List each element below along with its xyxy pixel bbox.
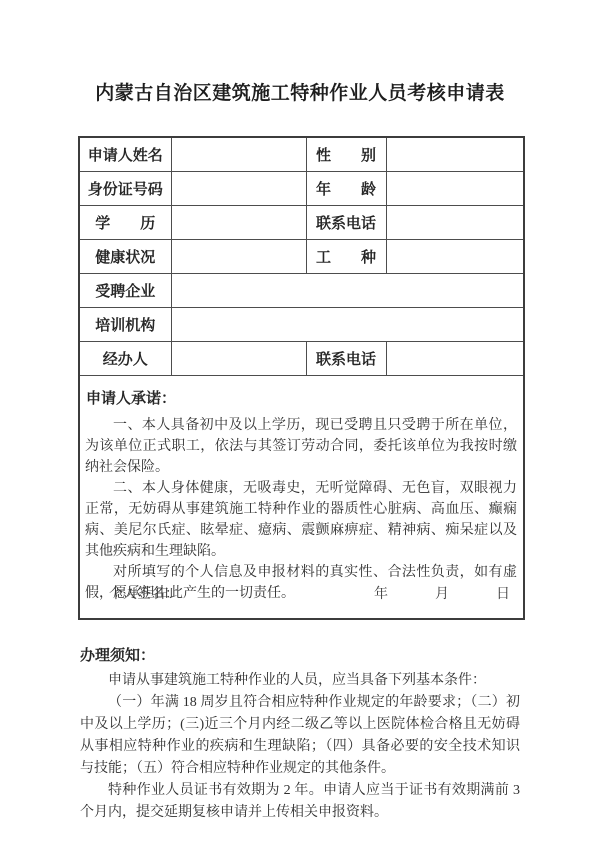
handler-phone-value-cell: [386, 342, 524, 376]
id-number-label: 身份证号码: [79, 172, 171, 206]
table-row-employer: 受聘企业: [79, 274, 524, 308]
date-day-label: 日: [496, 583, 510, 603]
table-row-applicant-name: 申请人姓名 性 别: [79, 137, 524, 172]
notice-paragraph-1: 申请从事建筑施工特种作业的人员，应当具备下列基本条件：: [80, 670, 520, 692]
health-status-value-cell: [171, 240, 306, 274]
trade-value-cell: [386, 240, 524, 274]
table-row-id-number: 身份证号码 年 龄: [79, 172, 524, 206]
handler-phone-label: 联系电话: [306, 342, 386, 376]
commitment-heading: 申请人承诺：: [86, 387, 517, 408]
commitment-paragraph-1: 一、本人具备初中及以上学历，现已受聘且只受聘于所在单位，为该单位正式职工，依法与…: [85, 415, 517, 478]
date-month-label: 月: [435, 583, 449, 603]
phone-label: 联系电话: [306, 206, 386, 240]
table-row-education: 学 历 联系电话: [79, 206, 524, 240]
signature-row: 个人签名： 年 月 日: [109, 583, 510, 603]
employer-label: 受聘企业: [79, 274, 171, 308]
education-label: 学 历: [79, 206, 171, 240]
education-value-cell: [171, 206, 306, 240]
applicant-name-label: 申请人姓名: [79, 137, 171, 172]
table-row-training-org: 培训机构: [79, 308, 524, 342]
applicant-name-value-cell: [171, 137, 306, 172]
health-status-label: 健康状况: [79, 240, 171, 274]
trade-label: 工 种: [306, 240, 386, 274]
table-row-handler: 经办人 联系电话: [79, 342, 524, 376]
application-form-table: 申请人姓名 性 别 身份证号码 年 龄 学 历 联系电话 健康状况 工 种 受聘…: [78, 136, 525, 620]
notice-heading: 办理须知：: [80, 644, 520, 665]
commitment-section: 申请人承诺： 一、本人具备初中及以上学历，现已受聘且只受聘于所在单位，为该单位正…: [79, 376, 524, 620]
gender-value-cell: [386, 137, 524, 172]
training-org-label: 培训机构: [79, 308, 171, 342]
handler-label: 经办人: [79, 342, 171, 376]
signature-label: 个人签名：: [109, 583, 179, 603]
table-row-health: 健康状况 工 种: [79, 240, 524, 274]
date-year-label: 年: [374, 583, 388, 603]
table-row-commitment: 申请人承诺： 一、本人具备初中及以上学历，现已受聘且只受聘于所在单位，为该单位正…: [79, 376, 524, 620]
gender-label: 性 别: [306, 137, 386, 172]
handler-value-cell: [171, 342, 306, 376]
notice-paragraph-3: 特种作业人员证书有效期为 2 年。申请人应当于证书有效期满前 3 个月内，提交延…: [80, 780, 520, 824]
age-value-cell: [386, 172, 524, 206]
phone-value-cell: [386, 206, 524, 240]
notice-section: 办理须知： 申请从事建筑施工特种作业的人员，应当具备下列基本条件： （一）年满 …: [80, 644, 520, 824]
id-number-value-cell: [171, 172, 306, 206]
notice-paragraph-2: （一）年满 18 周岁且符合相应特种作业规定的年龄要求；（二）初中及以上学历；(…: [80, 692, 520, 780]
training-org-value-cell: [171, 308, 524, 342]
commitment-paragraph-2: 二、本人身体健康，无吸毒史，无听觉障碍、无色盲，双眼视力正常，无妨碍从事建筑施工…: [85, 478, 517, 562]
document-page: 内蒙古自治区建筑施工特种作业人员考核申请表 申请人姓名 性 别 身份证号码 年 …: [0, 0, 600, 848]
employer-value-cell: [171, 274, 524, 308]
page-title: 内蒙古自治区建筑施工特种作业人员考核申请表: [0, 0, 600, 105]
age-label: 年 龄: [306, 172, 386, 206]
